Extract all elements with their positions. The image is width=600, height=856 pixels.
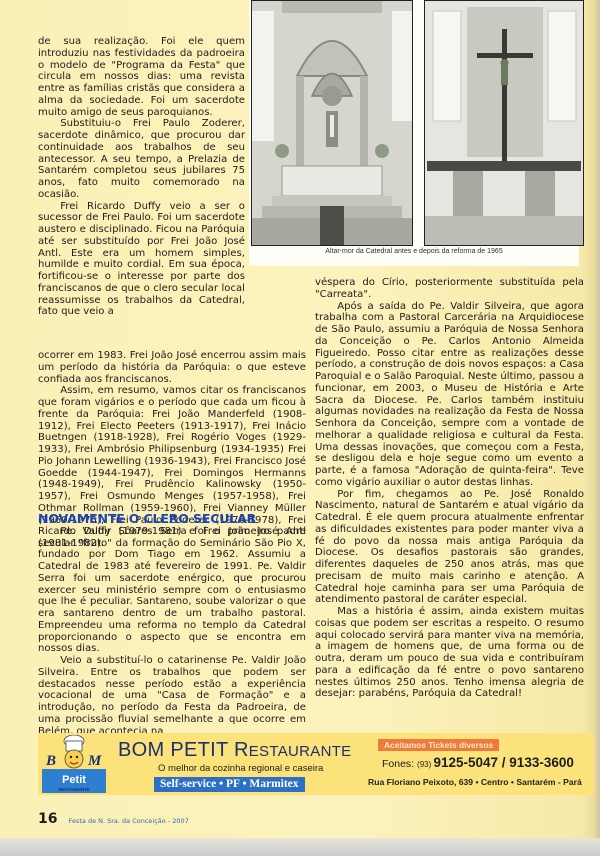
restaurant-name-rest: ESTAURANTE <box>249 743 352 760</box>
svg-text:Petit: Petit <box>62 774 86 786</box>
article-section-clero-secular: NOVAMENTE O CLERO SECULAR Pe. Valdir Sôa… <box>38 513 306 737</box>
photo-panel: Altar-mor da Catedral antes e depois da … <box>249 0 579 266</box>
article-column-right: véspera do Círio, posteriormente substit… <box>315 277 584 700</box>
paragraph: ocorrer em 1983. Frei João José encerrou… <box>38 350 306 385</box>
restaurant-tagline: O melhor da cozinha regional e caseira <box>158 763 323 774</box>
paragraph: Após a saída do Pe. Valdir Silveira, que… <box>315 301 584 489</box>
phones-numbers: 9125-5047 / 9133-3600 <box>433 755 573 770</box>
page-number: 16 <box>38 811 57 827</box>
paragraph: Substituiu-o Frei Paulo Zoderer, sacerdo… <box>38 118 245 200</box>
altar-after-photo <box>424 0 584 246</box>
restaurant-name-main: BOM PETIT <box>118 739 234 761</box>
article-column-left-top: de sua realização. Foi ele quem introduz… <box>38 36 245 318</box>
gothic-altar-icon <box>252 1 412 245</box>
phones-area-code: (93) <box>417 760 433 769</box>
photo-caption: Altar-mor da Catedral antes e depois da … <box>249 248 579 255</box>
svg-text:B: B <box>45 753 56 769</box>
phones-label: Fones: <box>382 758 417 770</box>
paragraph: véspera do Círio, posteriormente substit… <box>315 277 584 301</box>
bom-petit-logo: B M Petit RESTAURANTE <box>42 735 106 793</box>
svg-text:M: M <box>87 753 102 769</box>
paragraph: Mas a história é assim, ainda existem mu… <box>315 606 584 700</box>
tickets-badge: Aceitamos Tickets diversos <box>378 739 499 751</box>
restaurant-ad: B M Petit RESTAURANTE BOM PETIT RESTAURA… <box>38 733 594 795</box>
svg-text:RESTAURANTE: RESTAURANTE <box>58 787 90 792</box>
page-footer: 16 Festa de N. Sra. da Conceição - 2007 <box>38 808 189 827</box>
publication-name: Festa de N. Sra. da Conceição - 2007 <box>69 817 189 825</box>
section-heading: NOVAMENTE O CLERO SECULAR <box>38 513 306 525</box>
chef-mascot-icon: B M Petit RESTAURANTE <box>42 735 106 793</box>
paragraph: Veio a substituí-lo o catarinense Pe. Va… <box>38 655 306 737</box>
paragraph: Frei Ricardo Duffy veio a ser o sucessor… <box>38 201 245 319</box>
restaurant-name-r: R <box>234 739 249 761</box>
restaurant-phones: Fones: (93) 9125-5047 / 9133-3600 <box>382 754 574 772</box>
paragraph: de sua realização. Foi ele quem introduz… <box>38 36 245 118</box>
paragraph: Pe. Valdir Sôares Serra foi o primeiro p… <box>38 526 306 655</box>
page-edge <box>0 838 600 856</box>
paragraph: Por fim, chegamos ao Pe. José Ronaldo Na… <box>315 489 584 607</box>
restaurant-name: BOM PETIT RESTAURANTE <box>118 739 351 762</box>
altar-before-photo <box>251 0 413 246</box>
restaurant-services: Self-service • PF • Marmitex <box>154 777 305 792</box>
crucifix-altar-icon <box>425 1 583 245</box>
restaurant-address: Rua Floriano Peixoto, 639 • Centro • San… <box>368 777 582 787</box>
